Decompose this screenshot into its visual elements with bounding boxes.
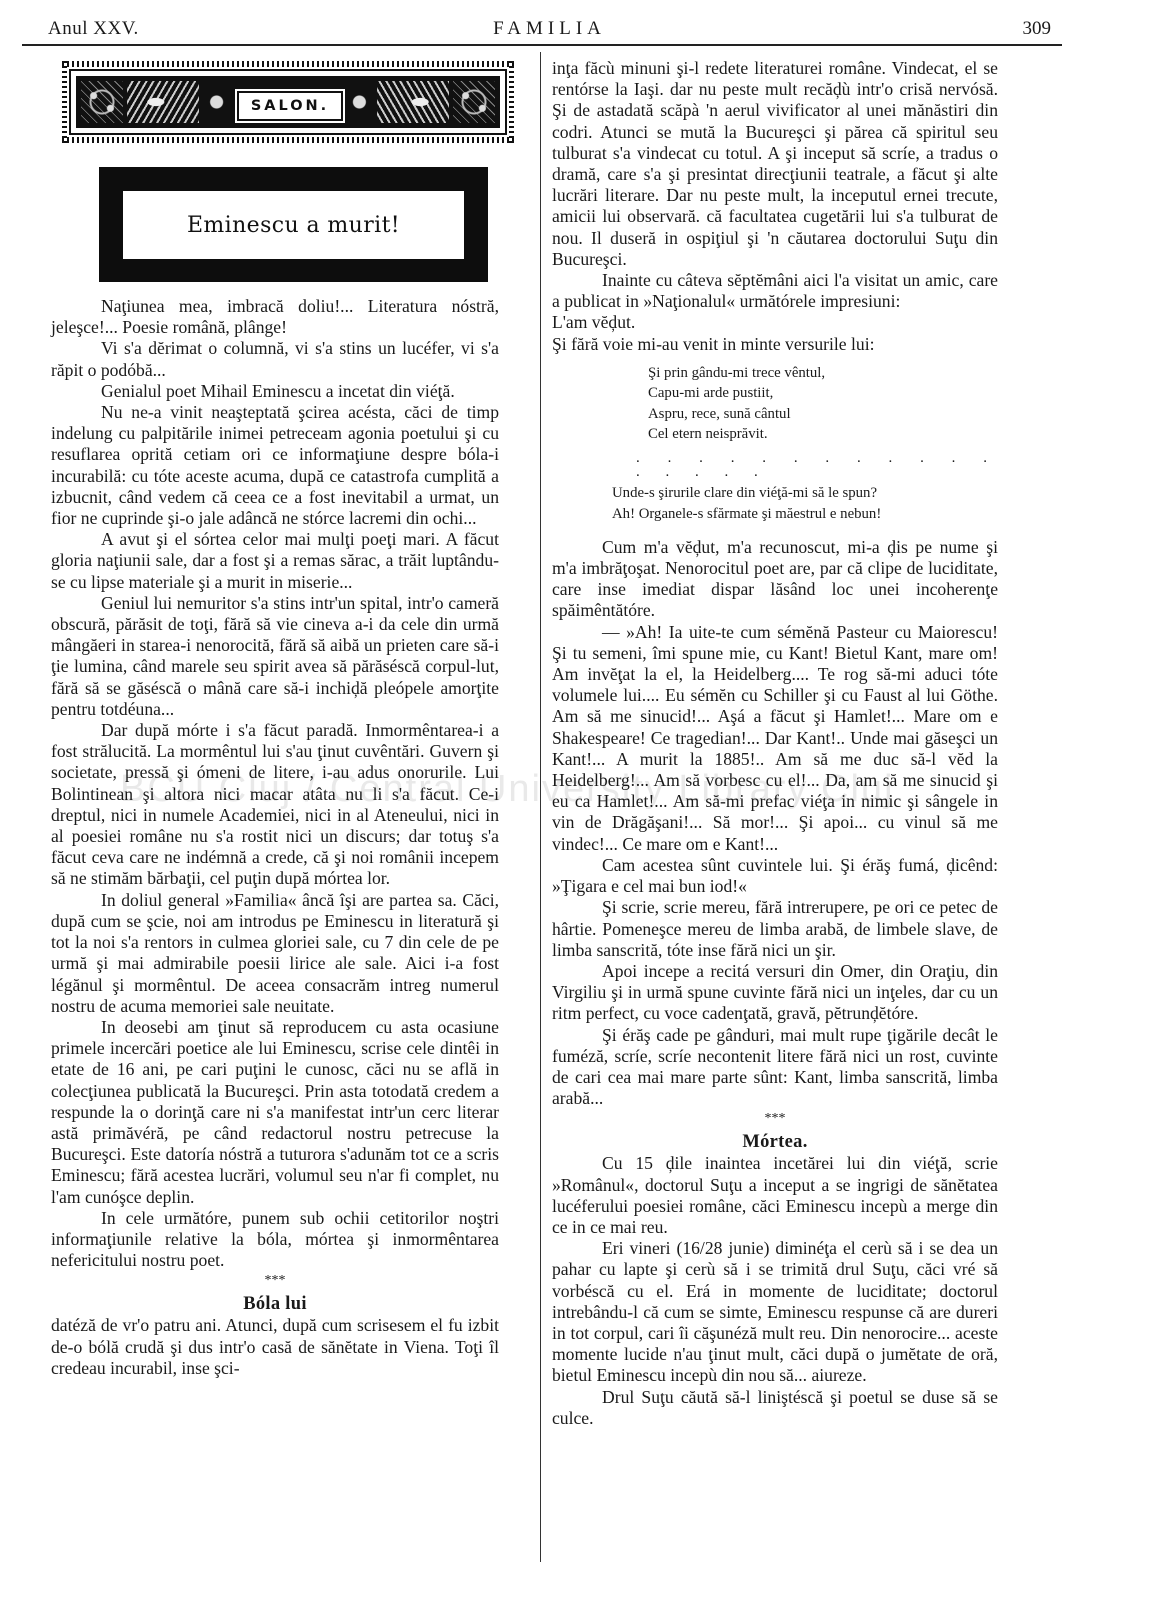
paragraph: Cam acestea sûnt cuvintele lui. Şi érăş … — [552, 855, 998, 897]
banner-border-right — [509, 61, 514, 143]
paragraph: Dar după mórte i s'a făcut paradă. Inmor… — [51, 720, 499, 890]
foliage-ornament-icon — [453, 81, 495, 123]
poem-verse: Unde-s şirurile clare din viéţă-mi să le… — [612, 483, 998, 504]
banner-ornament-strip: SALON. — [76, 76, 500, 128]
paragraph: Drul Suţu căută să-l liniştéscă şi poetu… — [552, 1387, 998, 1429]
paragraph: Cum m'a vĕḑut, m'a recunoscut, mi-a ḑis … — [552, 537, 998, 622]
page-number: 309 — [1023, 18, 1052, 40]
paragraph: Apoi incepe a recitá versuri din Omer, d… — [552, 961, 998, 1025]
poem-verse: Ah! Organele-s sfărmate şi măestrul e ne… — [612, 504, 998, 525]
paragraph: Genialul poet Mihail Eminescu a incetat … — [51, 381, 499, 402]
poem-verse: Cel etern neisprăvit. — [648, 424, 998, 445]
running-head: Anul XXV. FAMILIA 309 — [48, 14, 1051, 42]
banner-border-bottom — [62, 137, 514, 143]
poem-verse: Şi prin gându-mi trece vêntul, — [648, 363, 998, 384]
quote-line: Şi fără voie mi-au venit in minte versur… — [552, 334, 998, 355]
paragraph: Cu 15 ḑile inaintea incetărei lui din vi… — [552, 1153, 998, 1238]
poem-verse: Capu-mi arde pustiit, — [648, 383, 998, 404]
section-separator: *** — [51, 1273, 499, 1289]
paragraph: Eri vineri (16/28 junie) diminéţa el cer… — [552, 1238, 998, 1386]
paragraph: Şi scrie, scrie mereu, fără intrerupere,… — [552, 897, 998, 961]
subsection-title-death: Mórtea. — [552, 1131, 998, 1153]
paragraph: Şi érăş cade pe gânduri, mai mult rupe ţ… — [552, 1025, 998, 1110]
quote-line: L'am vĕḑut. — [552, 312, 998, 333]
journal-title: FAMILIA — [48, 18, 1051, 40]
section-separator: *** — [552, 1111, 998, 1127]
poem-stanza: Şi prin gându-mi trece vêntul, Capu-mi a… — [648, 363, 998, 445]
banner-border-top — [62, 61, 514, 67]
salon-section-banner: SALON. — [62, 61, 514, 143]
poem-verse: Aspru, rece, sună cântul — [648, 404, 998, 425]
winged-sphinx-icon — [127, 81, 199, 123]
paragraph: Vi s'a dĕrimat o columnă, vi s'a stins u… — [51, 338, 499, 380]
paragraph: In cele următóre, punem sub ochii cetito… — [51, 1208, 499, 1272]
article-headline: Eminescu a murit! — [187, 213, 400, 238]
banner-frame: SALON. — [69, 69, 507, 135]
poem-closing: Unde-s şirurile clare din viéţă-mi să le… — [612, 483, 998, 525]
headline-box: Eminescu a murit! — [123, 191, 464, 259]
paragraph: Inainte cu câteva sĕptĕmâni aici l'a vis… — [552, 270, 998, 312]
paragraph: In doliul general »Familia« âncă îşi are… — [51, 890, 499, 1017]
subsection-title-illness: Bóla lui — [51, 1293, 499, 1315]
section-label: SALON. — [237, 91, 343, 121]
mourning-frame: Eminescu a murit! — [99, 167, 488, 282]
paragraph: Nu ne-a vinit neaşteptată şcirea acésta,… — [51, 402, 499, 529]
paragraph: Geniul lui nemuritor s'a stins intr'un s… — [51, 593, 499, 720]
header-rule — [22, 44, 1062, 46]
banner-border-left — [62, 61, 67, 143]
left-column: Naţiunea mea, imbracă doliu!... Literatu… — [51, 296, 499, 1379]
poem-ellipsis: . . . . . . . . . . . . . . . . . — [636, 451, 998, 479]
column-divider — [540, 52, 541, 1562]
winged-sphinx-icon — [377, 81, 449, 123]
paragraph: inţa făcù minuni şi-l redete literaturei… — [552, 58, 998, 270]
right-column: inţa făcù minuni şi-l redete literaturei… — [552, 58, 998, 1429]
paragraph: datéză de vr'o patru ani. Atunci, după c… — [51, 1315, 499, 1379]
paragraph: A avut şi el sórtea celor mai mulţi poeţ… — [51, 529, 499, 593]
paragraph: — »Ah! Ia uite-te cum sémĕnă Pasteur cu … — [552, 622, 998, 855]
paragraph: Naţiunea mea, imbracă doliu!... Literatu… — [51, 296, 499, 338]
paragraph: In deosebi am ţinut să reproducem cu ast… — [51, 1017, 499, 1208]
foliage-ornament-icon — [81, 81, 123, 123]
